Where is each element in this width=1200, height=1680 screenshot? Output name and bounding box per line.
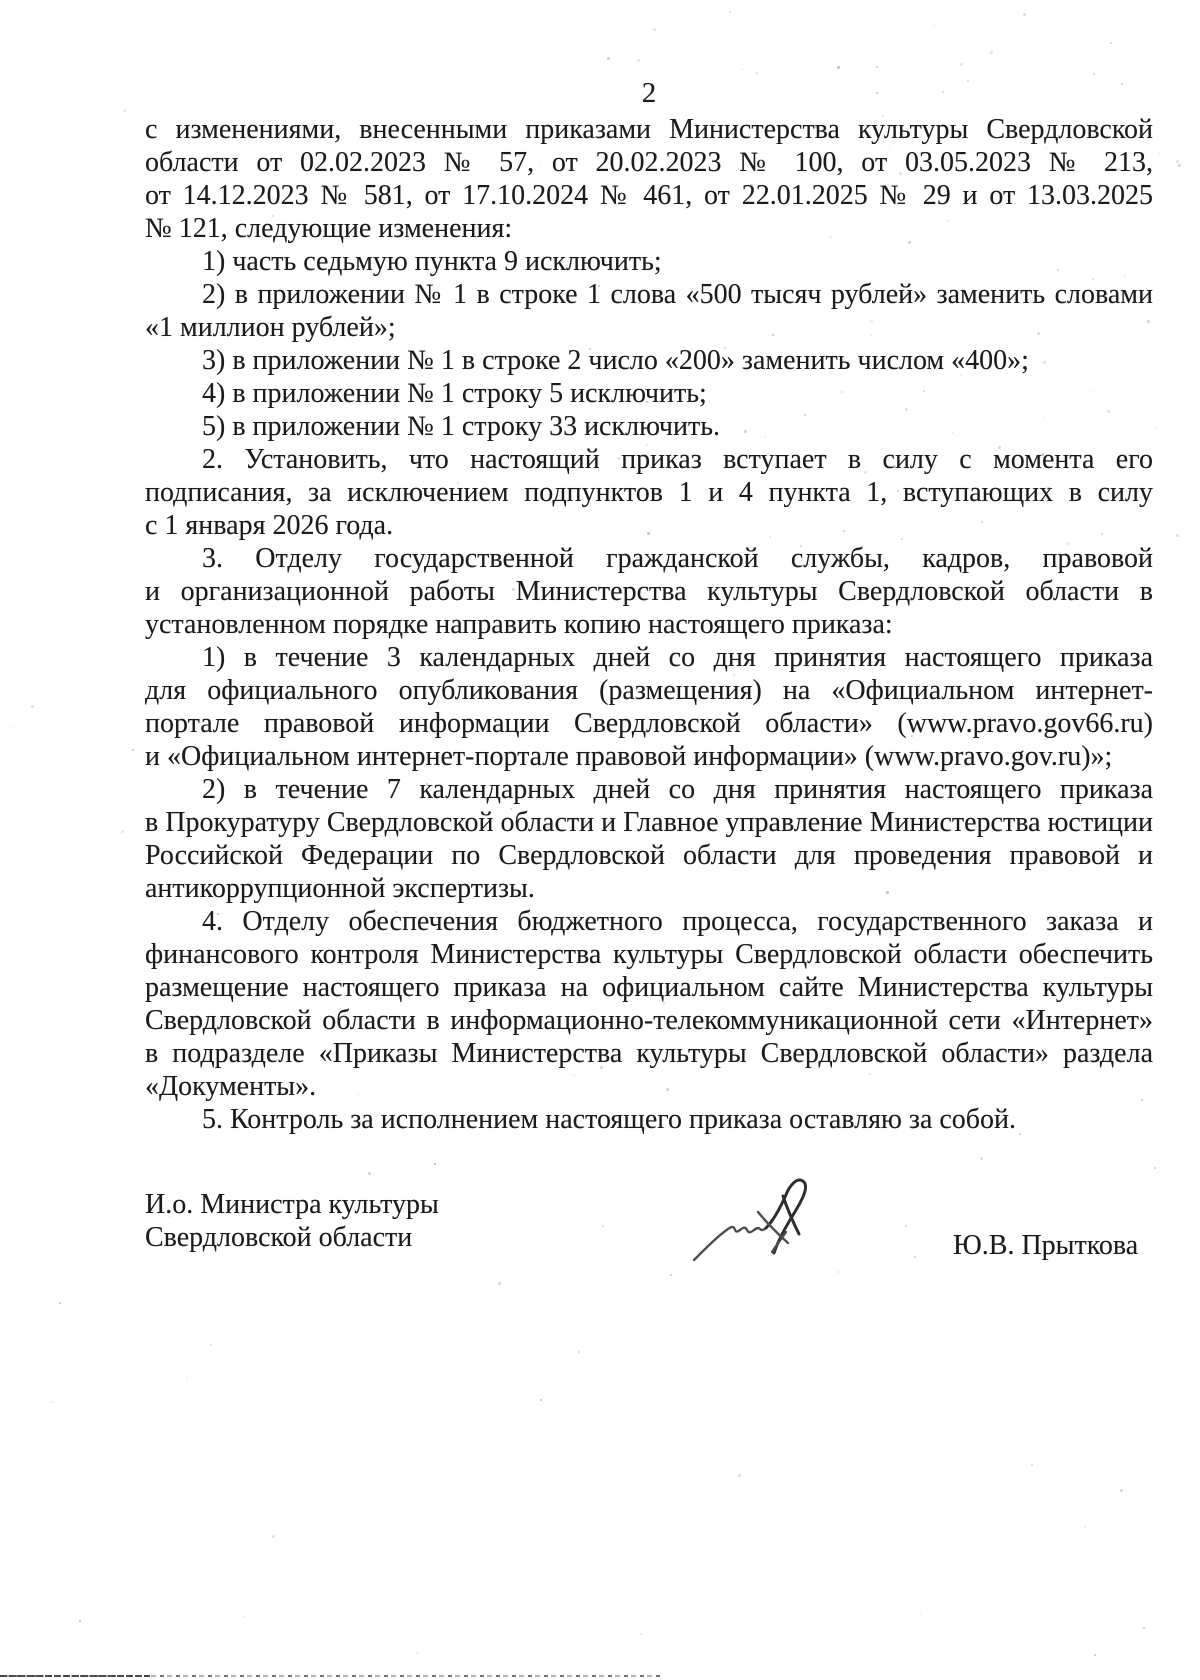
document-page: 2 с изменениями, внесенными приказами Ми… bbox=[0, 0, 1200, 1680]
paragraph: 1) часть седьмую пункта 9 исключить; bbox=[145, 245, 1153, 278]
paragraph: 4) в приложении № 1 строку 5 исключить; bbox=[145, 377, 1153, 410]
signer-position-line: И.о. Министра культуры bbox=[145, 1188, 439, 1221]
signer-position-line: Свердловской области bbox=[145, 1221, 439, 1254]
signer-position-title: И.о. Министра культурыСвердловской облас… bbox=[145, 1188, 439, 1254]
signer-name: Ю.В. Прыткова bbox=[953, 1229, 1153, 1262]
paragraph: 4. Отделу обеспечения бюджетного процесс… bbox=[145, 905, 1153, 1103]
document-body: с изменениями, внесенными приказами Мини… bbox=[145, 113, 1153, 1136]
page-number: 2 bbox=[145, 78, 1153, 108]
paragraph: 3. Отделу государственной гражданской сл… bbox=[145, 542, 1153, 641]
paragraph: 2. Установить, что настоящий приказ всту… bbox=[145, 443, 1153, 542]
handwritten-signature bbox=[688, 1168, 838, 1278]
paragraph: с изменениями, внесенными приказами Мини… bbox=[145, 113, 1153, 245]
paragraph: 5. Контроль за исполнением настоящего пр… bbox=[145, 1103, 1153, 1136]
paragraph: 3) в приложении № 1 в строке 2 число «20… bbox=[145, 344, 1153, 377]
paragraph: 5) в приложении № 1 строку 33 исключить. bbox=[145, 410, 1153, 443]
paragraph: 2) в течение 7 календарных дней со дня п… bbox=[145, 773, 1153, 905]
paragraph: 1) в течение 3 календарных дней со дня п… bbox=[145, 641, 1153, 773]
scan-artifact-line bbox=[0, 1675, 660, 1677]
paragraph: 2) в приложении № 1 в строке 1 слова «50… bbox=[145, 278, 1153, 344]
